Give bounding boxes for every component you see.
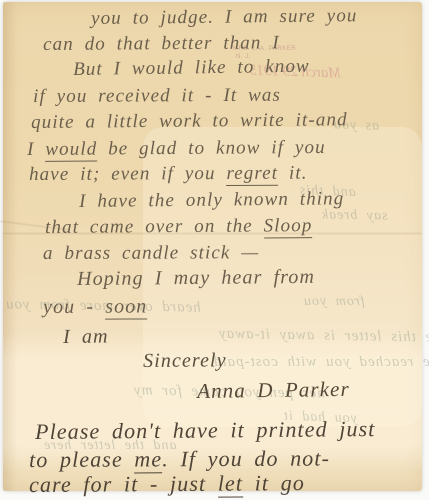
handwriting-line: care for it - just let it go [29, 470, 305, 498]
handwriting-text: a brass candle stick — [43, 242, 259, 264]
handwriting-line: I have the only known thing [79, 188, 344, 213]
handwriting-text: can do that better than I [43, 32, 280, 55]
handwriting-text: care for it - just [29, 471, 218, 497]
handwriting-line: Anna D Parker [197, 377, 350, 404]
underlined-word: regret [226, 163, 278, 186]
letter-page: MRS. L. A. PARKER N. J. March 29 1915 as… [3, 2, 422, 491]
ghost-text-line: I hope this letter is away it-away [218, 326, 429, 347]
handwriting-line: I would be glad to know if you [27, 137, 326, 161]
handwriting-text: if you received it - It was [33, 85, 281, 107]
underlined-word: me [134, 446, 162, 473]
ghost-text-line: from you [303, 294, 365, 310]
handwriting-line: Hoping I may hear from [77, 266, 315, 291]
handwriting-line: a brass candle stick — [43, 242, 259, 265]
handwriting-text: Hoping I may hear from [77, 266, 315, 290]
handwriting-text: Please don't have it printed just [35, 416, 376, 444]
handwriting-text: I [27, 139, 45, 160]
handwriting-text: be glad to know if you [97, 137, 326, 160]
handwriting-text: Anna D Parker [197, 377, 350, 403]
handwriting-line: you - soon [43, 295, 147, 319]
handwriting-text: I have the only known thing [79, 188, 344, 212]
underlined-word: would [45, 139, 97, 162]
scan-background: MRS. L. A. PARKER N. J. March 29 1915 as… [0, 0, 429, 500]
handwriting-text: have it; even if you [29, 163, 227, 185]
handwriting-line: can do that better than I [43, 32, 280, 56]
handwriting-text: quite a little work to write it-and [31, 109, 348, 133]
handwriting-text: to please [29, 446, 134, 472]
handwriting-text: you - [43, 296, 105, 318]
handwriting-line: to please me. If you do not- [29, 445, 330, 473]
handwriting-line: Please don't have it printed just [35, 416, 376, 445]
handwriting-text: you to judge. I am sure you [91, 5, 358, 29]
handwriting-line: I am [63, 326, 109, 349]
underlined-word: let [218, 471, 243, 498]
handwriting-line: But I would like to know [73, 56, 310, 81]
handwriting-line: quite a little work to write it-and [31, 109, 348, 134]
handwriting-text: Sincerely [143, 349, 227, 372]
handwriting-line: you to judge. I am sure you [91, 5, 358, 30]
paper-edge-shading [3, 2, 17, 491]
ghost-text-line: have reached you with cost-paid [213, 354, 429, 371]
handwriting-text: that came over on the [45, 215, 264, 238]
handwriting-line: that came over on the Sloop [45, 215, 313, 239]
handwriting-line: Sincerely [143, 349, 227, 373]
handwriting-text: it go [243, 470, 305, 495]
handwriting-text: . If you do not- [162, 445, 330, 471]
handwriting-line: if you received it - It was [33, 85, 281, 108]
underlined-word: Sloop [264, 215, 313, 238]
handwriting-text: I am [63, 326, 109, 348]
underlined-word: soon [105, 295, 147, 319]
handwriting-text: But I would like to know [73, 56, 310, 80]
handwriting-line: have it; even if you regret it. [29, 163, 308, 186]
handwriting-text: it. [278, 163, 308, 184]
